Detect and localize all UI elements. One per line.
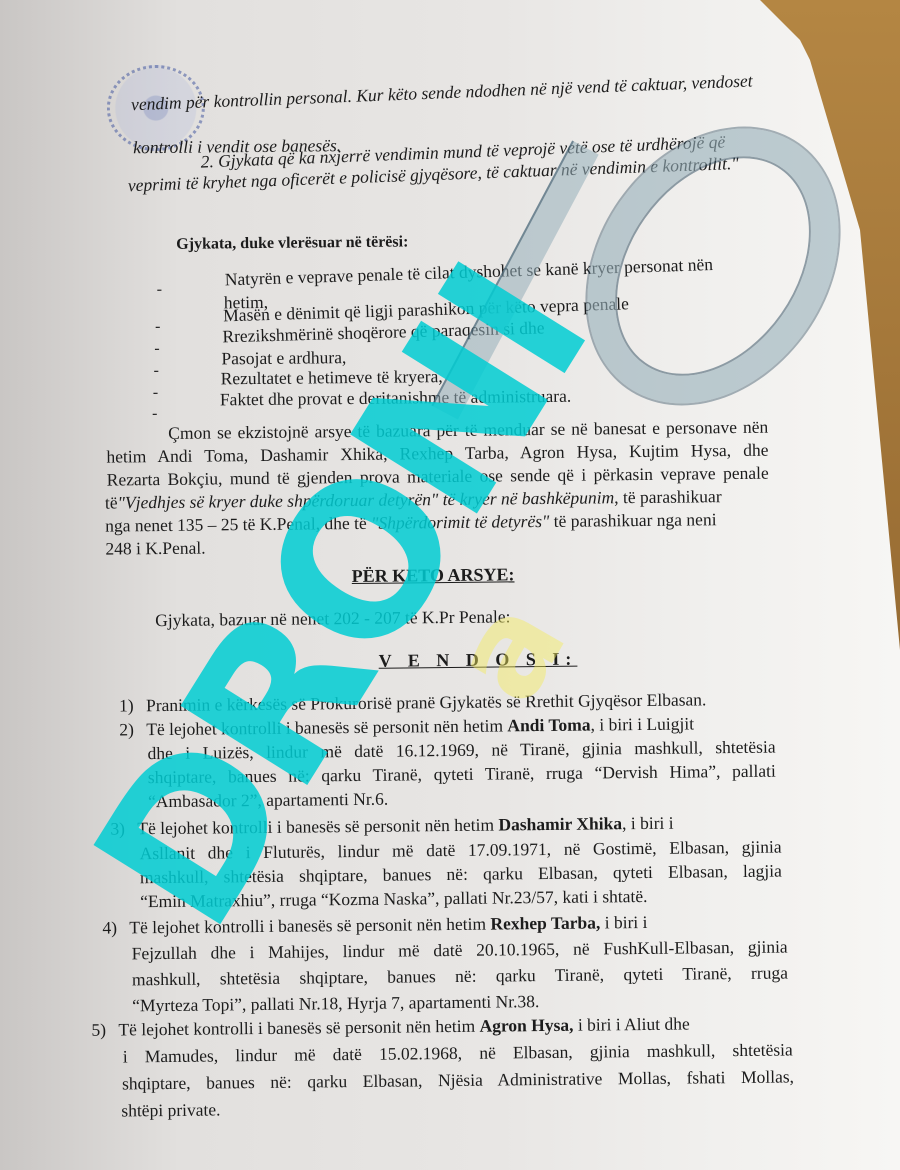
decision-text: Të lejohet kontrolli i banesës së person… bbox=[118, 1016, 475, 1040]
decision-text: i biri i bbox=[600, 912, 647, 932]
person-name: Dashamir Xhika bbox=[498, 813, 622, 834]
text-line: vendim për kontrollin personal. Kur këto… bbox=[131, 71, 751, 115]
decision-number: 5) bbox=[91, 1020, 106, 1040]
decision-text: , i biri i Luigjit bbox=[590, 713, 694, 734]
bullet-dash: - bbox=[153, 362, 159, 380]
bullet-dash: - bbox=[152, 405, 158, 423]
bullet-dash: - bbox=[153, 384, 159, 402]
decision-item: 5) Të lejohet kontrolli i banesës së per… bbox=[91, 1014, 689, 1040]
reasoning-suffix: , të parashikuar bbox=[614, 486, 722, 507]
decision-text: , i biri i bbox=[622, 813, 674, 834]
person-name: Agron Hysa, bbox=[479, 1015, 573, 1036]
reasoning-prefix: të bbox=[105, 492, 118, 512]
decision-text: shqiptare, banues në: qarku Elbasan, Një… bbox=[122, 1066, 794, 1093]
reasoning-suffix: të parashikuar nga neni bbox=[554, 509, 717, 531]
bullet-dash: - bbox=[154, 340, 160, 358]
decision-text: i biri i Aliut dhe bbox=[573, 1014, 689, 1035]
bullet-dash: - bbox=[157, 281, 163, 299]
list-item: Pasojat e ardhura, bbox=[221, 347, 346, 368]
decision-text: i Mamudes, lindur më datë 15.02.1968, në… bbox=[123, 1039, 793, 1066]
person-name: Rexhep Tarba, bbox=[490, 912, 600, 933]
bullet-dash: - bbox=[155, 318, 161, 336]
decision-text: shtëpi private. bbox=[121, 1099, 220, 1120]
decision-number: 4) bbox=[102, 918, 117, 938]
reasoning-line: 248 i K.Penal. bbox=[105, 538, 205, 559]
decision-text: “Myrteza Topi”, pallati Nr.18, Hyrja 7, … bbox=[132, 991, 539, 1015]
decision-text: mashkull, shtetësia shqiptare, banues në… bbox=[132, 962, 788, 989]
assessment-heading: Gjykata, duke vlerësuar në tërësi: bbox=[176, 232, 408, 254]
